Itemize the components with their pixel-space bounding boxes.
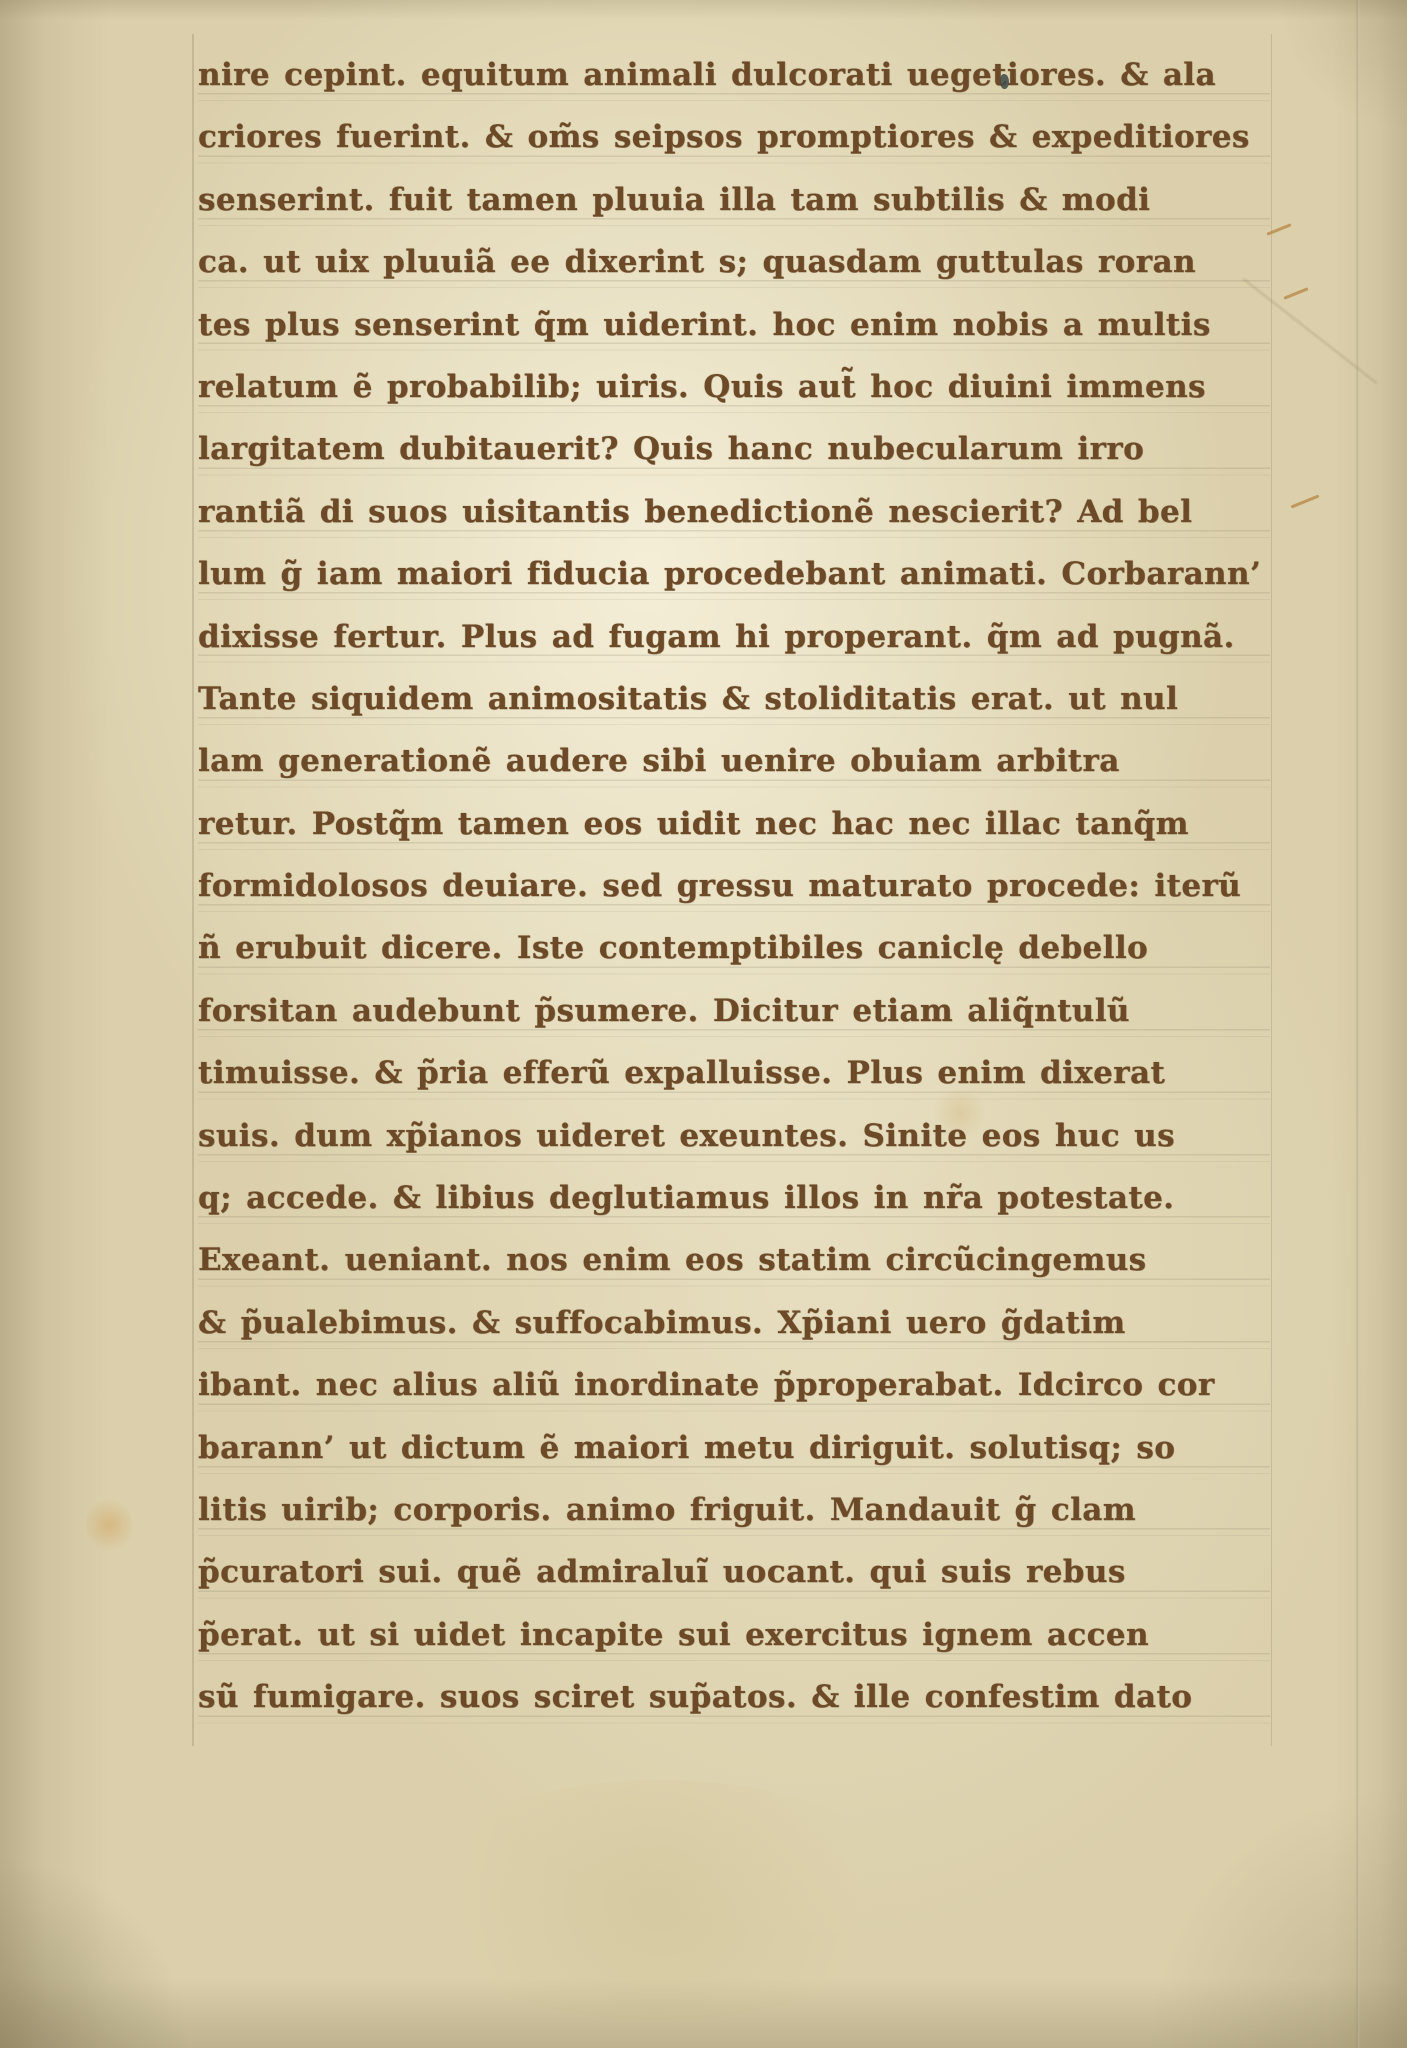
manuscript-line-19: q; accede. & libius deglutiamus illos in… xyxy=(198,1167,1270,1229)
manuscript-line-8: rantiã di suos uisitantis benedictionẽ n… xyxy=(198,481,1270,543)
manuscript-line-20: Exeant. ueniant. nos enim eos statim cir… xyxy=(198,1229,1270,1291)
manuscript-line-2: criores fuerint. & om̃s seipsos promptio… xyxy=(198,106,1270,168)
ink-blot xyxy=(1000,74,1009,89)
manuscript-line-22: ibant. nec alius aliũ inordinate p̃prope… xyxy=(198,1354,1270,1416)
manuscript-line-10: dixisse fertur. Plus ad fugam hi propera… xyxy=(198,606,1270,668)
manuscript-line-7: largitatem dubitauerit? Quis hanc nubecu… xyxy=(198,418,1270,480)
manuscript-line-12: lam generationẽ audere sibi uenire obuia… xyxy=(198,730,1270,792)
manuscript-line-9: lum g̃ iam maiori fiducia procedebant an… xyxy=(198,543,1270,605)
parchment-stain xyxy=(86,1495,132,1555)
manuscript-line-17: timuisse. & p̃ria efferũ expalluisse. Pl… xyxy=(198,1042,1270,1104)
manuscript-line-1: nire cepint. equitum animali dulcorati u… xyxy=(198,44,1270,106)
manuscript-line-4: ca. ut uix pluuiã ee dixerint s; quasdam… xyxy=(198,231,1270,293)
manuscript-line-11: Tante siquidem animositatis & stoliditat… xyxy=(198,668,1270,730)
manuscript-line-5: tes plus senserint q̃m uiderint. hoc eni… xyxy=(198,294,1270,356)
manuscript-line-27: sũ fumigare. suos sciret sup̃atos. & ill… xyxy=(198,1666,1270,1728)
manuscript-line-14: formidolosos deuiare. sed gressu maturat… xyxy=(198,855,1270,917)
manuscript-line-26: p̃erat. ut si uidet incapite sui exercit… xyxy=(198,1604,1270,1666)
manuscript-line-16: forsitan audebunt p̃sumere. Dicitur etia… xyxy=(198,980,1270,1042)
parchment-stain xyxy=(400,1780,920,2020)
text-block: nire cepint. equitum animali dulcorati u… xyxy=(198,44,1270,1729)
manuscript-line-6: relatum ẽ probabilib; uiris. Quis aut̃ h… xyxy=(198,356,1270,418)
manuscript-line-13: retur. Postq̃m tamen eos uidit nec hac n… xyxy=(198,793,1270,855)
page-edge-crease xyxy=(1356,0,1359,2048)
manuscript-line-18: suis. dum xp̃ianos uideret exeuntes. Sin… xyxy=(198,1105,1270,1167)
manuscript-line-23: barann’ ut dictum ẽ maiori metu diriguit… xyxy=(198,1417,1270,1479)
manuscript-line-15: ñ erubuit dicere. Iste contemptibiles ca… xyxy=(198,917,1270,979)
manuscript-line-21: & p̃ualebimus. & suffocabimus. Xp̃iani u… xyxy=(198,1292,1270,1354)
manuscript-line-3: senserint. fuit tamen pluuia illa tam su… xyxy=(198,169,1270,231)
manuscript-line-24: litis uirib; corporis. animo friguit. Ma… xyxy=(198,1479,1270,1541)
manuscript-line-25: p̃curatori sui. quẽ admiraluĩ uocant. qu… xyxy=(198,1541,1270,1603)
